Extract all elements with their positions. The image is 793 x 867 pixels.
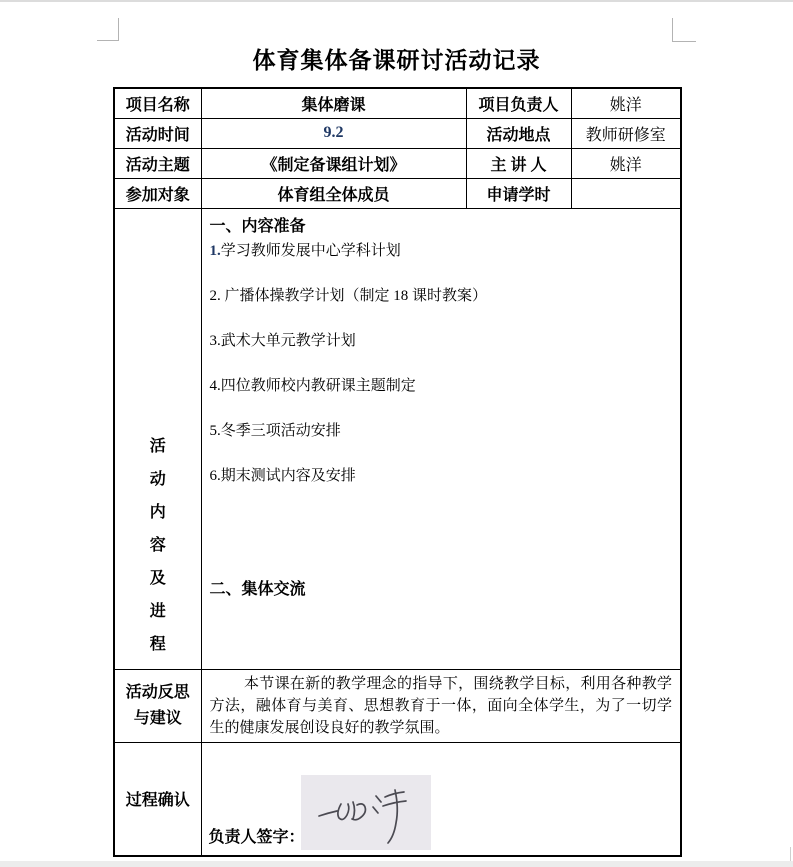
activity-place-value[interactable]: 教师研修室	[571, 118, 681, 148]
participants-label: 参加对象	[114, 178, 201, 208]
content-item-text: 期末测试内容及安排	[221, 468, 356, 484]
credit-hours-value[interactable]	[571, 178, 681, 208]
speaker-label: 主 讲 人	[466, 148, 571, 178]
activity-place-label: 活动地点	[466, 118, 571, 148]
project-name-value[interactable]: 集体磨课	[201, 88, 466, 118]
table-row: 参加对象 体育组全体成员 申请学时	[114, 178, 681, 208]
reflection-label-line1: 活动反思	[117, 680, 199, 706]
page-margin-crop-mark-right	[672, 18, 696, 42]
content-item: 2. 广播体操教学计划（制定 18 课时教案）	[210, 284, 673, 308]
process-confirmation-label: 过程确认	[114, 742, 201, 856]
document-title: 体育集体备课研讨活动记录	[0, 42, 793, 75]
credit-hours-label: 申请学时	[466, 178, 571, 208]
content-item: 4.四位教师校内教研课主题制定	[210, 374, 673, 398]
content-item-number: 6.	[210, 468, 221, 484]
signature-handwriting-icon	[301, 775, 431, 850]
content-item-text: 四位教师校内教研课主题制定	[221, 378, 416, 394]
content-item: 5.冬季三项活动安排	[210, 419, 673, 443]
speaker-value[interactable]: 姚洋	[571, 148, 681, 178]
reflection-text: 本节课在新的教学理念的指导下，围绕教学目标，利用各种教学方法，融体育与美育、思想…	[210, 673, 673, 739]
activity-topic-value[interactable]: 《制定备课组计划》	[201, 148, 466, 178]
activity-topic-label: 活动主题	[114, 148, 201, 178]
activity-content-label-cell: 活动内容及进程	[114, 208, 201, 669]
content-section2-heading: 二、集体交流	[210, 578, 673, 602]
reflection-text-cell[interactable]: 本节课在新的教学理念的指导下，围绕教学目标，利用各种教学方法，融体育与美育、思想…	[201, 669, 681, 742]
table-row: 活动反思 与建议 本节课在新的教学理念的指导下，围绕教学目标，利用各种教学方法，…	[114, 669, 681, 742]
activity-content-vertical-label: 活动内容及进程	[149, 430, 166, 661]
signature-image	[301, 775, 431, 850]
table-row: 项目名称 集体磨课 项目负责人 姚洋	[114, 88, 681, 118]
table-row: 活动时间 9.2 活动地点 教师研修室	[114, 118, 681, 148]
content-item-text: 武术大单元教学计划	[221, 333, 356, 349]
content-item-number: 4.	[210, 378, 221, 394]
signer-label: 负责人签字：	[209, 824, 305, 847]
project-leader-label: 项目负责人	[466, 88, 571, 118]
participants-value[interactable]: 体育组全体成员	[201, 178, 466, 208]
page-margin-crop-mark-left	[97, 18, 119, 41]
content-item-number: 3.	[210, 333, 221, 349]
project-leader-value[interactable]: 姚洋	[571, 88, 681, 118]
content-item-text: 冬季三项活动安排	[221, 423, 341, 439]
content-item-text: 广播体操教学计划（制定 18 课时教案）	[221, 288, 487, 304]
activity-record-table: 项目名称 集体磨课 项目负责人 姚洋 活动时间 9.2 活动地点 教师研修室 活…	[113, 87, 682, 857]
content-item-number: 5.	[210, 423, 221, 439]
window-top-edge	[0, 0, 793, 2]
activity-content-cell[interactable]: 一、内容准备 1.学习教师发展中心学科计划 2. 广播体操教学计划（制定 18 …	[201, 208, 681, 669]
process-confirmation-cell[interactable]: 负责人签字：	[201, 742, 681, 856]
reflection-label-line2: 与建议	[117, 706, 199, 732]
content-item-text: 学习教师发展中心学科计划	[221, 243, 401, 259]
window-right-edge	[790, 847, 791, 861]
content-item: 1.学习教师发展中心学科计划	[210, 239, 673, 263]
activity-time-label: 活动时间	[114, 118, 201, 148]
table-row: 活动内容及进程 一、内容准备 1.学习教师发展中心学科计划 2. 广播体操教学计…	[114, 208, 681, 669]
content-section1-heading: 一、内容准备	[210, 215, 673, 239]
reflection-label-cell: 活动反思 与建议	[114, 669, 201, 742]
content-item-number: 1.	[210, 243, 221, 259]
content-item: 3.武术大单元教学计划	[210, 329, 673, 353]
activity-time-value[interactable]: 9.2	[201, 118, 466, 148]
table-row: 活动主题 《制定备课组计划》 主 讲 人 姚洋	[114, 148, 681, 178]
word-document-canvas: { "page": { "title": "体育集体备课研讨活动记录" }, "…	[0, 0, 793, 867]
content-item: 6.期末测试内容及安排	[210, 464, 673, 488]
window-bottom-edge	[0, 861, 793, 867]
content-item-number: 2.	[210, 288, 221, 304]
table-row: 过程确认 负责人签字：	[114, 742, 681, 856]
project-name-label: 项目名称	[114, 88, 201, 118]
